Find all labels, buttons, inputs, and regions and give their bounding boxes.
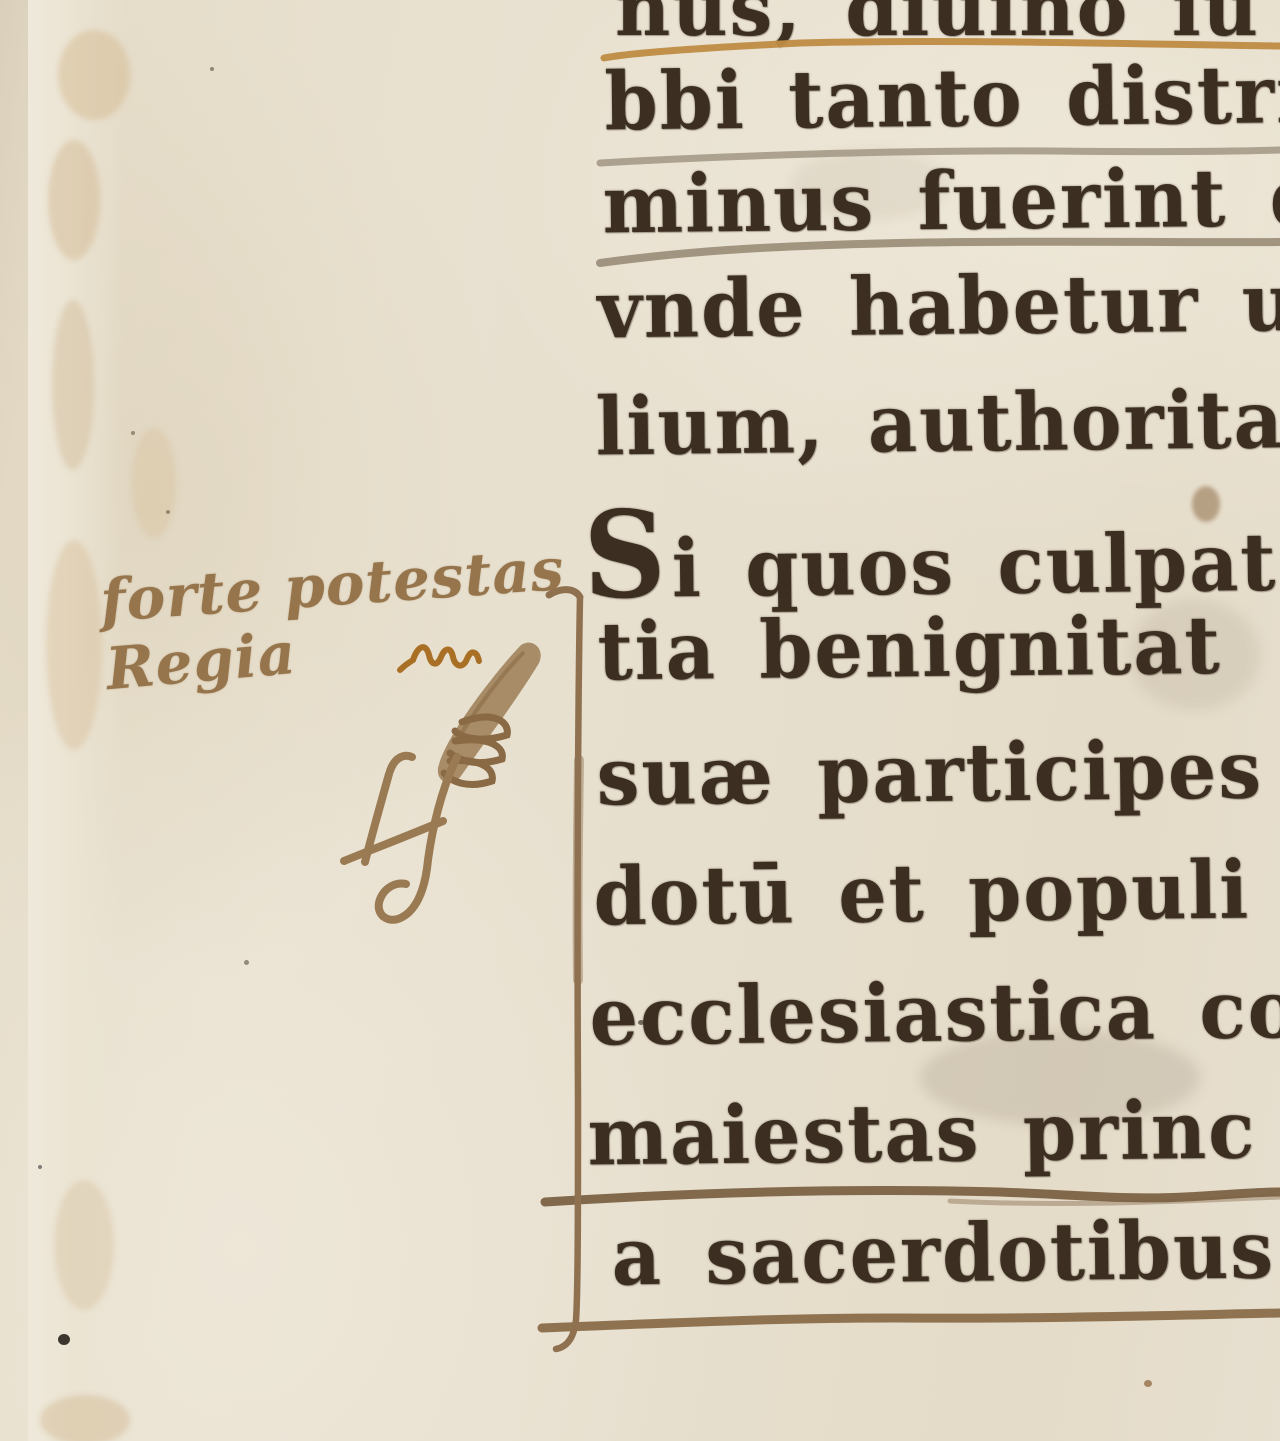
manuscript-line: lium, authorita <box>595 380 1280 467</box>
parchment-page: nus, diuino iu bbi tanto district minus … <box>0 0 1280 1441</box>
manuscript-line: a sacerdotibus <box>611 1210 1275 1297</box>
manuscript-line: bbi tanto district <box>604 54 1280 142</box>
manuscript-line: dotū et populi <box>593 850 1250 937</box>
manuscript-line: Si quos culpat <box>583 488 1278 615</box>
manuscript-line: tia benignitat <box>597 606 1222 692</box>
edge-stain <box>132 428 176 538</box>
edge-stain <box>58 30 130 120</box>
edge-stain <box>40 1395 130 1441</box>
edge-stain <box>54 1180 114 1310</box>
margin-note-line-1: forte potestas <box>99 540 567 630</box>
speck <box>38 1165 42 1169</box>
manuscript-line: ecclesiastica coic <box>589 969 1280 1057</box>
margin-note-line-2: Regia <box>104 624 299 698</box>
speck <box>166 510 170 514</box>
rule-brown-2 <box>542 1313 1280 1328</box>
rule-brown-1 <box>545 1190 1280 1202</box>
edge-stain <box>46 540 102 750</box>
manuscript-line: minus fuerint di <box>602 157 1280 245</box>
squiggle-mark <box>400 647 479 670</box>
speck <box>1144 1380 1152 1387</box>
speck <box>210 67 214 71</box>
manuscript-line: maiestas princ <box>587 1090 1257 1177</box>
speck <box>58 1334 70 1345</box>
manuscript-line: nus, diuino iu <box>615 0 1260 47</box>
speck <box>131 431 135 435</box>
manuscript-line: vnde habetur u <box>597 263 1280 350</box>
manicule-icon <box>344 643 541 920</box>
manuscript-line: suæ participes <box>596 730 1263 817</box>
manuscript-photo: nus, diuino iu bbi tanto district minus … <box>0 0 1280 1441</box>
edge-stain <box>52 300 94 470</box>
edge-stain <box>48 140 100 260</box>
annotation-bracket <box>549 590 580 1349</box>
speck <box>244 960 249 965</box>
